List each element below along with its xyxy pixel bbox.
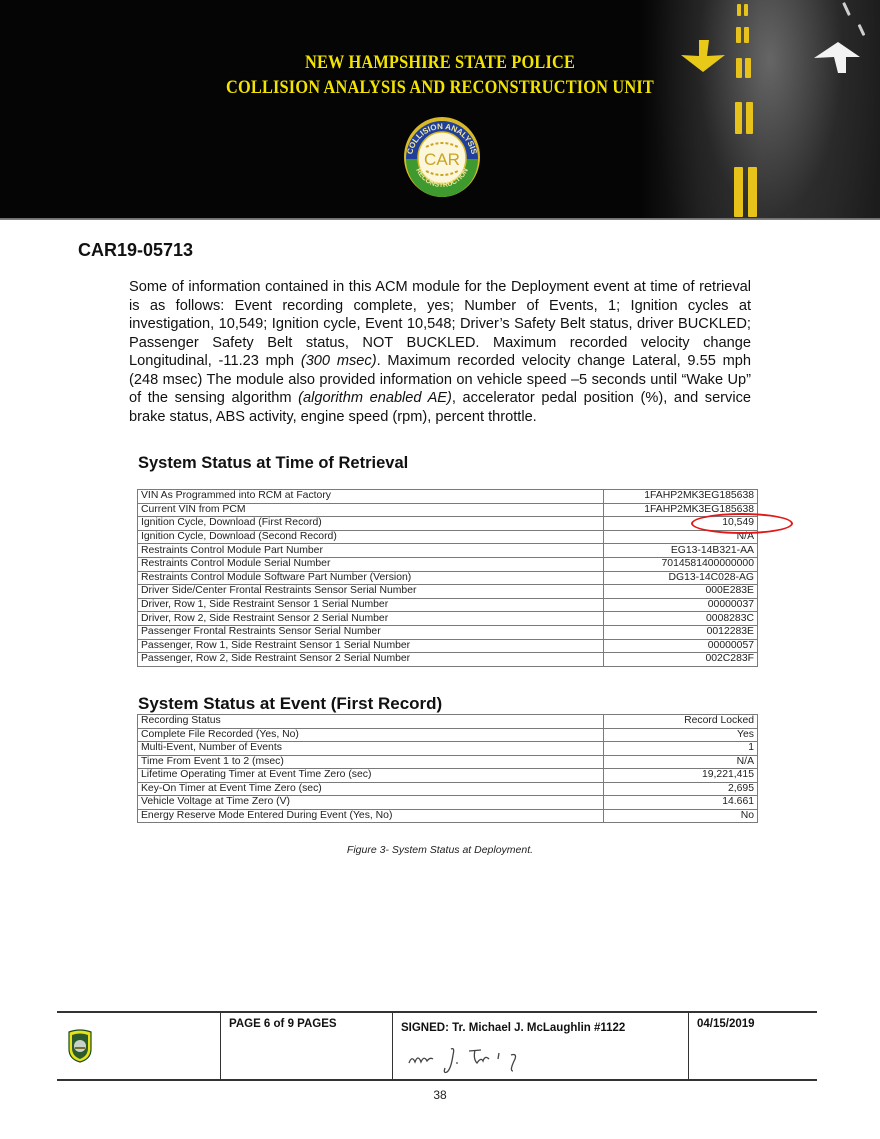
row-label: Complete File Recorded (Yes, No) (138, 728, 604, 742)
row-value: 0008283C (604, 612, 758, 626)
row-label: Restraints Control Module Part Number (138, 544, 604, 558)
row-label: Passenger, Row 1, Side Restraint Sensor … (138, 639, 604, 653)
table-row: Lifetime Operating Timer at Event Time Z… (138, 769, 758, 783)
row-label: Passenger Frontal Restraints Sensor Seri… (138, 625, 604, 639)
table-row: Driver, Row 2, Side Restraint Sensor 2 S… (138, 612, 758, 626)
page-count-label: PAGE 6 of 9 PAGES (229, 1018, 337, 1030)
table-row: Ignition Cycle, Download (Second Record)… (138, 530, 758, 544)
footer-logo-cell (57, 1013, 220, 1079)
table-row: Ignition Cycle, Download (First Record)1… (138, 517, 758, 531)
row-label: Driver, Row 2, Side Restraint Sensor 2 S… (138, 612, 604, 626)
row-label: Time From Event 1 to 2 (msec) (138, 755, 604, 769)
row-value: 1 (604, 742, 758, 756)
footer-date-cell: 04/15/2019 (688, 1013, 818, 1079)
summary-paragraph: Some of information contained in this AC… (129, 278, 751, 426)
row-label: Driver Side/Center Frontal Restraints Se… (138, 585, 604, 599)
row-value: N/A (604, 755, 758, 769)
row-label: Restraints Control Module Software Part … (138, 571, 604, 585)
row-value: No (604, 809, 758, 823)
row-value: 1FAHP2MK3EG185638 (604, 490, 758, 504)
badge-center-text: CAR (424, 150, 460, 169)
banner-title-unit: COLLISION ANALYSIS AND RECONSTRUCTION UN… (62, 77, 819, 99)
row-value: Record Locked (604, 715, 758, 729)
footer-page-cell: PAGE 6 of 9 PAGES (220, 1013, 393, 1079)
table-row: Driver, Row 1, Side Restraint Sensor 1 S… (138, 598, 758, 612)
banner-title-agency: NEW HAMPSHIRE STATE POLICE (62, 52, 819, 74)
row-label: Lifetime Operating Timer at Event Time Z… (138, 769, 604, 783)
figure-caption: Figure 3- System Status at Deployment. (0, 844, 880, 856)
table-row: Restraints Control Module Part NumberEG1… (138, 544, 758, 558)
event-status-table: Recording StatusRecord LockedComplete Fi… (137, 714, 758, 823)
row-label: Key-On Timer at Event Time Zero (sec) (138, 782, 604, 796)
retrieval-section-title: System Status at Time of Retrieval (138, 454, 408, 473)
row-value: EG13-14B321-AA (604, 544, 758, 558)
table-row: Energy Reserve Mode Entered During Event… (138, 809, 758, 823)
page-footer: PAGE 6 of 9 PAGES SIGNED: Tr. Michael J.… (57, 1011, 817, 1081)
row-value: 19,221,415 (604, 769, 758, 783)
row-label: Vehicle Voltage at Time Zero (V) (138, 796, 604, 810)
table-row: Restraints Control Module Serial Number7… (138, 557, 758, 571)
row-value: 00000057 (604, 639, 758, 653)
table-row: Time From Event 1 to 2 (msec)N/A (138, 755, 758, 769)
highlight-circle-annotation (691, 513, 793, 534)
case-number-heading: CAR19-05713 (78, 240, 193, 261)
header-banner: NEW HAMPSHIRE STATE POLICE COLLISION ANA… (0, 0, 880, 220)
row-label: Passenger, Row 2, Side Restraint Sensor … (138, 653, 604, 667)
row-label: Recording Status (138, 715, 604, 729)
row-value: 0012283E (604, 625, 758, 639)
table-row: Multi-Event, Number of Events1 (138, 742, 758, 756)
nh-state-police-seal-icon (67, 1029, 93, 1063)
row-label: Multi-Event, Number of Events (138, 742, 604, 756)
row-label: Restraints Control Module Serial Number (138, 557, 604, 571)
table-row: Passenger, Row 1, Side Restraint Sensor … (138, 639, 758, 653)
row-value: 002C283F (604, 653, 758, 667)
handwritten-signature-icon (403, 1041, 553, 1075)
signed-by-label: SIGNED: Tr. Michael J. McLaughlin #1122 (401, 1022, 625, 1034)
table-row: Recording StatusRecord Locked (138, 715, 758, 729)
row-value: 14.661 (604, 796, 758, 810)
road-background-image (640, 0, 880, 220)
summary-italic-1: (300 msec) (301, 353, 377, 369)
table-row: VIN As Programmed into RCM at Factory1FA… (138, 490, 758, 504)
row-value: 2,695 (604, 782, 758, 796)
row-label: Driver, Row 1, Side Restraint Sensor 1 S… (138, 598, 604, 612)
summary-italic-2: (algorithm enabled AE) (298, 390, 452, 406)
event-section-title: System Status at Event (First Record) (138, 694, 442, 714)
row-value: 7014581400000000 (604, 557, 758, 571)
table-row: Current VIN from PCM1FAHP2MK3EG185638 (138, 503, 758, 517)
table-row: Passenger Frontal Restraints Sensor Seri… (138, 625, 758, 639)
table-row: Complete File Recorded (Yes, No)Yes (138, 728, 758, 742)
car-unit-badge-icon: COLLISION ANALYSIS RECONSTRUCTION CAR (400, 115, 484, 199)
table-row: Vehicle Voltage at Time Zero (V)14.661 (138, 796, 758, 810)
footer-signature-cell: SIGNED: Tr. Michael J. McLaughlin #1122 (392, 1013, 689, 1079)
row-label: Energy Reserve Mode Entered During Event… (138, 809, 604, 823)
white-arrow-up-icon (812, 40, 862, 74)
page-number: 38 (0, 1088, 880, 1102)
row-label: Ignition Cycle, Download (Second Record) (138, 530, 604, 544)
table-row: Restraints Control Module Software Part … (138, 571, 758, 585)
row-value: 00000037 (604, 598, 758, 612)
row-value: Yes (604, 728, 758, 742)
row-label: Current VIN from PCM (138, 503, 604, 517)
signed-date: 04/15/2019 (697, 1018, 755, 1030)
banner-divider (0, 218, 880, 220)
table-row: Key-On Timer at Event Time Zero (sec)2,6… (138, 782, 758, 796)
row-value: 000E283E (604, 585, 758, 599)
row-value: DG13-14C028-AG (604, 571, 758, 585)
table-row: Driver Side/Center Frontal Restraints Se… (138, 585, 758, 599)
retrieval-status-table: VIN As Programmed into RCM at Factory1FA… (137, 489, 758, 667)
row-label: VIN As Programmed into RCM at Factory (138, 490, 604, 504)
table-row: Passenger, Row 2, Side Restraint Sensor … (138, 653, 758, 667)
row-label: Ignition Cycle, Download (First Record) (138, 517, 604, 531)
